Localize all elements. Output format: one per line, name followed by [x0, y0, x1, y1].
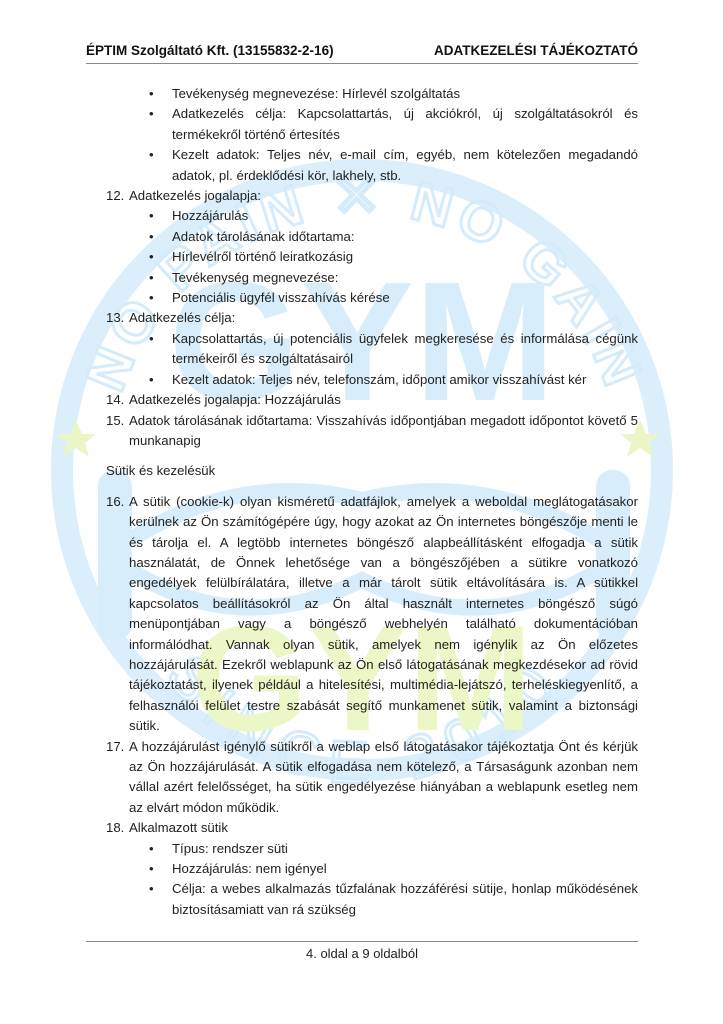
numbered-list-1: 12.Adatkezelés jogalapja:•Hozzájárulás•A…: [106, 186, 638, 451]
intro-bullet-list: •Tevékenység megnevezése: Hírlevél szolg…: [106, 84, 638, 186]
bullet-icon: •: [149, 879, 154, 899]
bullet-icon: •: [149, 206, 154, 226]
item-number: 17.: [106, 737, 124, 757]
numbered-item: 12.Adatkezelés jogalapja:: [106, 186, 638, 206]
list-item: •Adatkezelés célja: Kapcsolattartás, új …: [106, 104, 638, 145]
page-header: ÉPTIM Szolgáltató Kft. (13155832-2-16) A…: [86, 41, 638, 64]
page-number: 4. oldal a 9 oldalból: [86, 946, 638, 961]
bullet-icon: •: [149, 859, 154, 879]
numbered-item: 18.Alkalmazott sütik: [106, 818, 638, 838]
document-title: ADATKEZELÉSI TÁJÉKOZTATÓ: [434, 43, 638, 58]
list-item: •Hozzájárulás: [106, 206, 638, 226]
bullet-icon: •: [149, 268, 154, 288]
bullet-icon: •: [149, 288, 154, 308]
item-number: 14.: [106, 390, 124, 410]
bullet-icon: •: [149, 247, 154, 267]
item-number: 15.: [106, 411, 124, 431]
bullet-icon: •: [149, 227, 154, 247]
numbered-item: 14.Adatkezelés jogalapja: Hozzájárulás: [106, 390, 638, 410]
bullet-icon: •: [149, 839, 154, 859]
item-number: 18.: [106, 818, 124, 838]
section-title: Sütik és kezelésük: [106, 461, 638, 481]
numbered-item: 15.Adatok tárolásának időtartama: Vissza…: [106, 411, 638, 452]
list-item: •Hozzájárulás: nem igényel: [106, 859, 638, 879]
document-page: ÉPTIM Szolgáltató Kft. (13155832-2-16) A…: [0, 0, 723, 1024]
item-number: 13.: [106, 308, 124, 328]
bullet-icon: •: [149, 370, 154, 390]
bullet-icon: •: [149, 145, 154, 165]
list-item: •Potenciális ügyfél visszahívás kérése: [106, 288, 638, 308]
list-item: •Kapcsolattartás, új potenciális ügyfele…: [106, 329, 638, 370]
item-text: Adatok tárolásának időtartama: Visszahív…: [129, 413, 638, 448]
bullet-icon: •: [149, 104, 154, 124]
footer-divider: [86, 941, 638, 942]
list-item: •Típus: rendszer süti: [106, 839, 638, 859]
numbered-item: 17.A hozzájárulást igénylő sütikről a we…: [106, 737, 638, 819]
bullet-icon: •: [149, 84, 154, 104]
company-name: ÉPTIM Szolgáltató Kft. (13155832-2-16): [86, 43, 334, 58]
list-item: •Kezelt adatok: Teljes név, e-mail cím, …: [106, 145, 638, 186]
numbered-item: 16.A sütik (cookie-k) olyan kisméretű ad…: [106, 492, 638, 737]
item-text: Adatkezelés célja:: [129, 310, 235, 325]
numbered-item: 13.Adatkezelés célja:: [106, 308, 638, 328]
item-text: Adatkezelés jogalapja: Hozzájárulás: [129, 392, 341, 407]
list-item: •Kezelt adatok: Teljes név, telefonszám,…: [106, 370, 638, 390]
bullet-icon: •: [149, 329, 154, 349]
item-number: 12.: [106, 186, 124, 206]
item-text: A sütik (cookie-k) olyan kisméretű adatf…: [129, 494, 638, 733]
list-item: •Célja: a webes alkalmazás tűzfalának ho…: [106, 879, 638, 920]
list-item: •Tevékenység megnevezése: Hírlevél szolg…: [106, 84, 638, 104]
numbered-list-2: 16.A sütik (cookie-k) olyan kisméretű ad…: [106, 492, 638, 921]
item-text: A hozzájárulást igénylő sütikről a webla…: [129, 739, 638, 815]
item-number: 16.: [106, 492, 124, 512]
list-item: •Tevékenység megnevezése:: [106, 268, 638, 288]
item-text: Adatkezelés jogalapja:: [129, 188, 261, 203]
document-body: •Tevékenység megnevezése: Hírlevél szolg…: [106, 84, 638, 920]
item-text: Alkalmazott sütik: [129, 820, 228, 835]
list-item: •Hírlevélről történő leiratkozásig: [106, 247, 638, 267]
list-item: •Adatok tárolásának időtartama:: [106, 227, 638, 247]
